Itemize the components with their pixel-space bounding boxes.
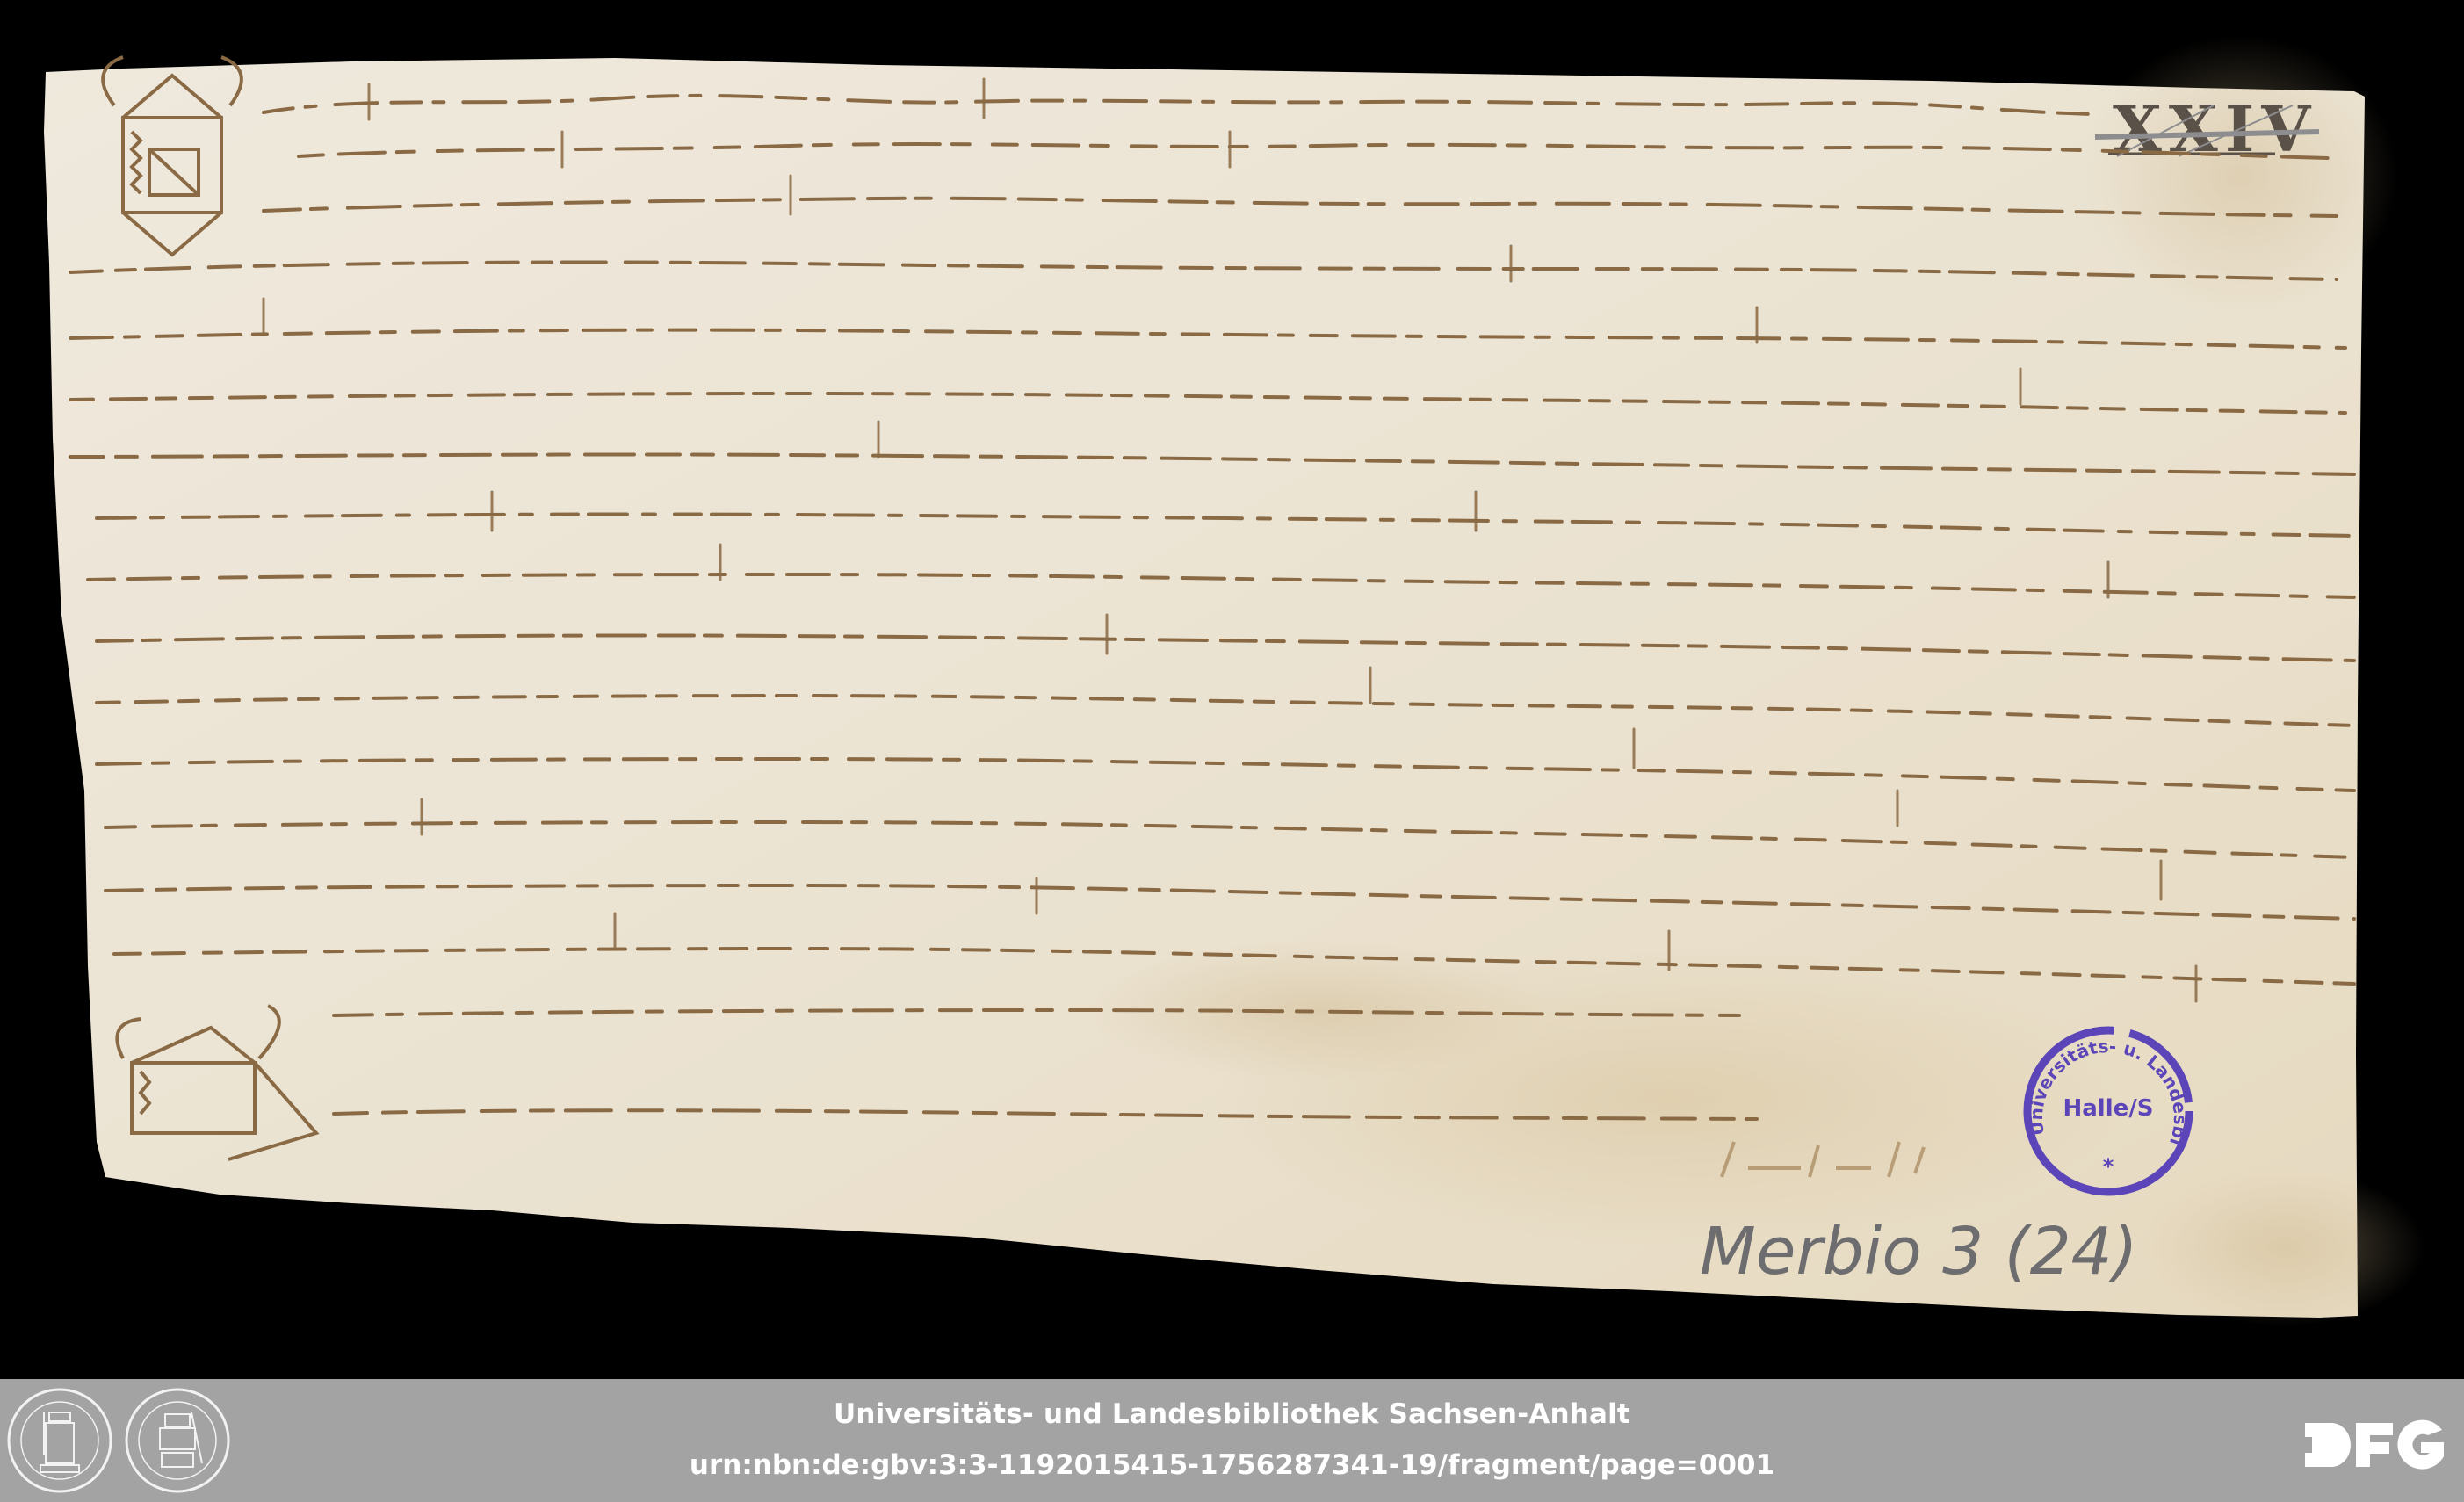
svg-text:*: * bbox=[2103, 1154, 2114, 1179]
document-viewer: XXIV bbox=[0, 0, 2464, 1379]
parchment-canvas: XXIV bbox=[0, 0, 2464, 1379]
urn-identifier[interactable]: urn:nbn:de:gbv:3:3-1192015415-1756287341… bbox=[0, 1449, 2464, 1481]
institution-name: Universitäts- und Landesbibliothek Sachs… bbox=[0, 1398, 2464, 1430]
footer-bar: Universitäts- und Landesbibliothek Sachs… bbox=[0, 1379, 2464, 1502]
shelfmark-annotation: Merbio 3 (24) bbox=[1700, 1214, 2138, 1289]
dfg-logo-icon bbox=[2301, 1419, 2446, 1470]
svg-text:Halle/S: Halle/S bbox=[2063, 1095, 2154, 1122]
